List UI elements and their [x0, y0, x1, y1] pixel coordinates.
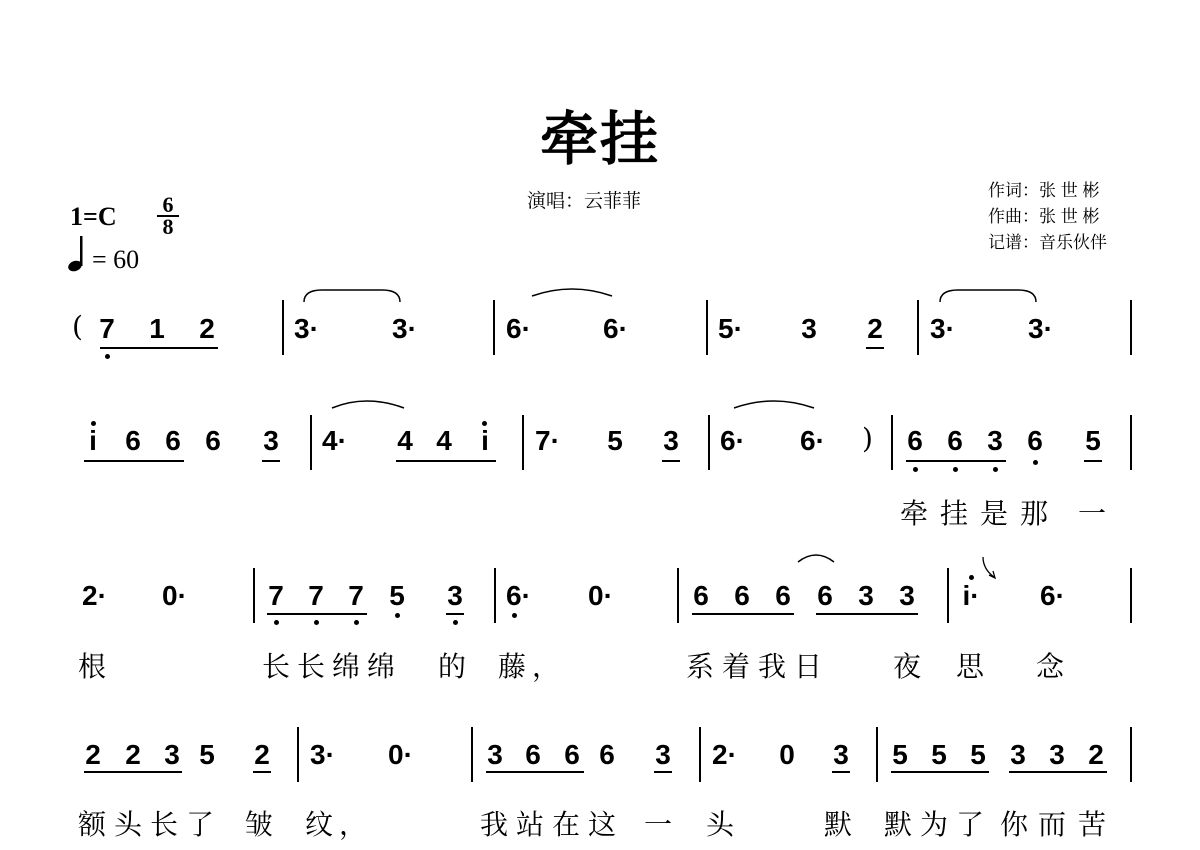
- tie: [938, 288, 1038, 304]
- lyric: 我: [758, 645, 786, 685]
- high-octave-dot: [482, 421, 487, 426]
- note: 3: [984, 426, 1006, 456]
- note: 6: [731, 581, 753, 611]
- lyric: 这: [588, 803, 616, 843]
- lyric: 默: [824, 803, 852, 843]
- note: 3·: [1028, 314, 1050, 344]
- note: 5: [604, 426, 626, 456]
- note: 5: [889, 740, 911, 770]
- composer-credit: 作曲：张 世 彬: [988, 204, 1107, 230]
- bar-line: [891, 415, 893, 470]
- time-signature: 6 8: [157, 196, 179, 236]
- low-octave-dot: [105, 354, 110, 359]
- note: 2: [864, 314, 886, 344]
- note: 5·: [718, 314, 740, 344]
- note: 3: [260, 426, 282, 456]
- note: 3: [484, 740, 506, 770]
- lyric: 额: [78, 803, 106, 843]
- note: 6: [162, 426, 184, 456]
- underline: [267, 613, 367, 615]
- bar-line: [1130, 415, 1132, 470]
- lyric: 那: [1020, 492, 1048, 532]
- lyric: 挂: [940, 492, 968, 532]
- slur: [796, 552, 836, 564]
- bar-line: [1130, 727, 1132, 782]
- underline: [662, 460, 680, 462]
- note: 2·: [82, 581, 104, 611]
- lyric: 了: [956, 803, 984, 843]
- lyric: 绵: [332, 645, 360, 685]
- note: 6: [202, 426, 224, 456]
- underline: [891, 771, 989, 773]
- underline: [262, 460, 280, 462]
- bar-line: [493, 300, 495, 355]
- note: 3: [1007, 740, 1029, 770]
- bar-line: [253, 568, 255, 623]
- note: 3: [830, 740, 852, 770]
- note: i: [82, 426, 104, 456]
- note: 3·: [930, 314, 952, 344]
- underline: [906, 460, 1006, 462]
- note: 7: [305, 581, 327, 611]
- note: 2: [1085, 740, 1107, 770]
- lyric: 为: [920, 803, 948, 843]
- low-octave-dot: [993, 467, 998, 472]
- underline: [396, 460, 496, 462]
- lyric: 思: [956, 645, 984, 685]
- note: 3: [660, 426, 682, 456]
- bar-line: [522, 415, 524, 470]
- lyric: 根: [78, 645, 106, 685]
- lyric: 长: [297, 645, 325, 685]
- lyric: 在: [552, 803, 580, 843]
- underline: [866, 347, 884, 349]
- underline: [692, 613, 794, 615]
- note: 5: [386, 581, 408, 611]
- time-signature-top: 6: [157, 196, 179, 214]
- low-octave-dot: [453, 620, 458, 625]
- bar-line: [1130, 568, 1132, 623]
- underline: [816, 613, 918, 615]
- close-paren: ): [862, 422, 873, 455]
- bar-line: [708, 415, 710, 470]
- note: 3: [1046, 740, 1068, 770]
- credits-block: 作词：张 世 彬 作曲：张 世 彬 记谱：音乐伙伴: [988, 178, 1107, 256]
- bar-line: [310, 415, 312, 470]
- lyric: 绵: [367, 645, 395, 685]
- note: 6: [596, 740, 618, 770]
- note: 3·: [310, 740, 332, 770]
- note: 3·: [392, 314, 414, 344]
- note: 3: [652, 740, 674, 770]
- underline: [654, 771, 672, 773]
- underline: [100, 347, 218, 349]
- lyric: 的: [438, 645, 466, 685]
- bar-line: [917, 300, 919, 355]
- low-octave-dot: [1033, 460, 1038, 465]
- tie: [732, 398, 816, 412]
- note: 6·: [506, 581, 528, 611]
- note: 6: [522, 740, 544, 770]
- tempo-marking: = 60: [92, 245, 139, 275]
- lyric: ，: [339, 803, 367, 843]
- lyric: 一: [644, 803, 672, 843]
- underline: [84, 771, 182, 773]
- open-paren: (: [72, 310, 83, 343]
- low-octave-dot: [953, 467, 958, 472]
- bar-line: [471, 727, 473, 782]
- bar-line: [706, 300, 708, 355]
- singer-credit: 演唱：云菲菲: [527, 186, 641, 213]
- lyric: 而: [1038, 803, 1066, 843]
- note: 4·: [322, 426, 344, 456]
- tie: [330, 398, 406, 412]
- note: 7: [345, 581, 367, 611]
- low-octave-dot: [913, 467, 918, 472]
- note: 0·: [162, 581, 184, 611]
- bar-line: [494, 568, 496, 623]
- note: 6: [904, 426, 926, 456]
- low-octave-dot: [274, 620, 279, 625]
- note: 6: [772, 581, 794, 611]
- note: 2: [196, 314, 218, 344]
- note: 2: [82, 740, 104, 770]
- low-octave-dot: [354, 620, 359, 625]
- lyric: 你: [1000, 803, 1028, 843]
- low-octave-dot: [314, 620, 319, 625]
- bar-line: [699, 727, 701, 782]
- lyric: 念: [1036, 645, 1064, 685]
- high-octave-dot: [91, 421, 96, 426]
- lyric: 了: [186, 803, 214, 843]
- note: 3: [161, 740, 183, 770]
- note: 3·: [294, 314, 316, 344]
- lyric: 我: [480, 803, 508, 843]
- high-octave-dot: [969, 575, 974, 580]
- lyric: 头: [706, 803, 734, 843]
- note: 1: [146, 314, 168, 344]
- note: 0: [776, 740, 798, 770]
- note: 0·: [388, 740, 410, 770]
- lyric: ，: [532, 645, 560, 685]
- bar-line: [947, 568, 949, 623]
- lyric: 皱: [245, 803, 273, 843]
- note: 4: [394, 426, 416, 456]
- underline: [486, 771, 584, 773]
- lyric: 头: [114, 803, 142, 843]
- note: 2·: [712, 740, 734, 770]
- note: 6·: [1040, 581, 1062, 611]
- underline: [446, 613, 464, 615]
- note: 6: [122, 426, 144, 456]
- lyric: 藤: [498, 645, 526, 685]
- lyric: 纹: [305, 803, 333, 843]
- note: 6: [1024, 426, 1046, 456]
- grace-arrow-icon: [980, 555, 1000, 581]
- time-signature-bottom: 8: [157, 218, 179, 236]
- lyric: 站: [516, 803, 544, 843]
- underline: [1084, 460, 1102, 462]
- lyricist-credit: 作词：张 世 彬: [988, 178, 1107, 204]
- note: 6: [814, 581, 836, 611]
- note: 6·: [506, 314, 528, 344]
- note: 3: [896, 581, 918, 611]
- tie: [530, 286, 614, 300]
- tie: [302, 288, 402, 304]
- note: 6: [690, 581, 712, 611]
- note: 3: [444, 581, 466, 611]
- underline: [1009, 771, 1107, 773]
- note: 5: [196, 740, 218, 770]
- note: 3: [798, 314, 820, 344]
- bar-line: [297, 727, 299, 782]
- note: 6: [561, 740, 583, 770]
- lyric: 夜: [893, 645, 921, 685]
- note: 5: [1082, 426, 1104, 456]
- low-octave-dot: [512, 613, 517, 618]
- lyric: 一: [1078, 492, 1106, 532]
- note: 6·: [720, 426, 742, 456]
- note: 3: [855, 581, 877, 611]
- lyric: 着: [722, 645, 750, 685]
- note: 6·: [603, 314, 625, 344]
- lyric: 是: [980, 492, 1008, 532]
- note: i: [474, 426, 496, 456]
- note: 0·: [588, 581, 610, 611]
- underline: [832, 771, 850, 773]
- note: 7: [265, 581, 287, 611]
- bar-line: [1130, 300, 1132, 355]
- lyric: 苦: [1078, 803, 1106, 843]
- underline: [84, 460, 184, 462]
- lyric: 长: [150, 803, 178, 843]
- lyric: 长: [262, 645, 290, 685]
- low-octave-dot: [395, 613, 400, 618]
- quarter-note-icon: [68, 236, 86, 277]
- note: 5: [967, 740, 989, 770]
- note: i·: [960, 581, 982, 611]
- key-signature: 1=C: [70, 202, 117, 232]
- note: 2: [251, 740, 273, 770]
- note: 7·: [535, 426, 557, 456]
- bar-line: [282, 300, 284, 355]
- lyric: 默: [884, 803, 912, 843]
- transcriber-credit: 记谱：音乐伙伴: [988, 230, 1107, 256]
- note: 4: [433, 426, 455, 456]
- note: 5: [928, 740, 950, 770]
- bar-line: [876, 727, 878, 782]
- lyric: 牵: [900, 492, 928, 532]
- note: 7: [96, 314, 118, 344]
- bar-line: [677, 568, 679, 623]
- song-title: 牵挂: [0, 92, 1200, 176]
- lyric: 日: [794, 645, 822, 685]
- underline: [253, 771, 271, 773]
- note: 6·: [800, 426, 822, 456]
- note: 6: [944, 426, 966, 456]
- lyric: 系: [686, 645, 714, 685]
- note: 2: [122, 740, 144, 770]
